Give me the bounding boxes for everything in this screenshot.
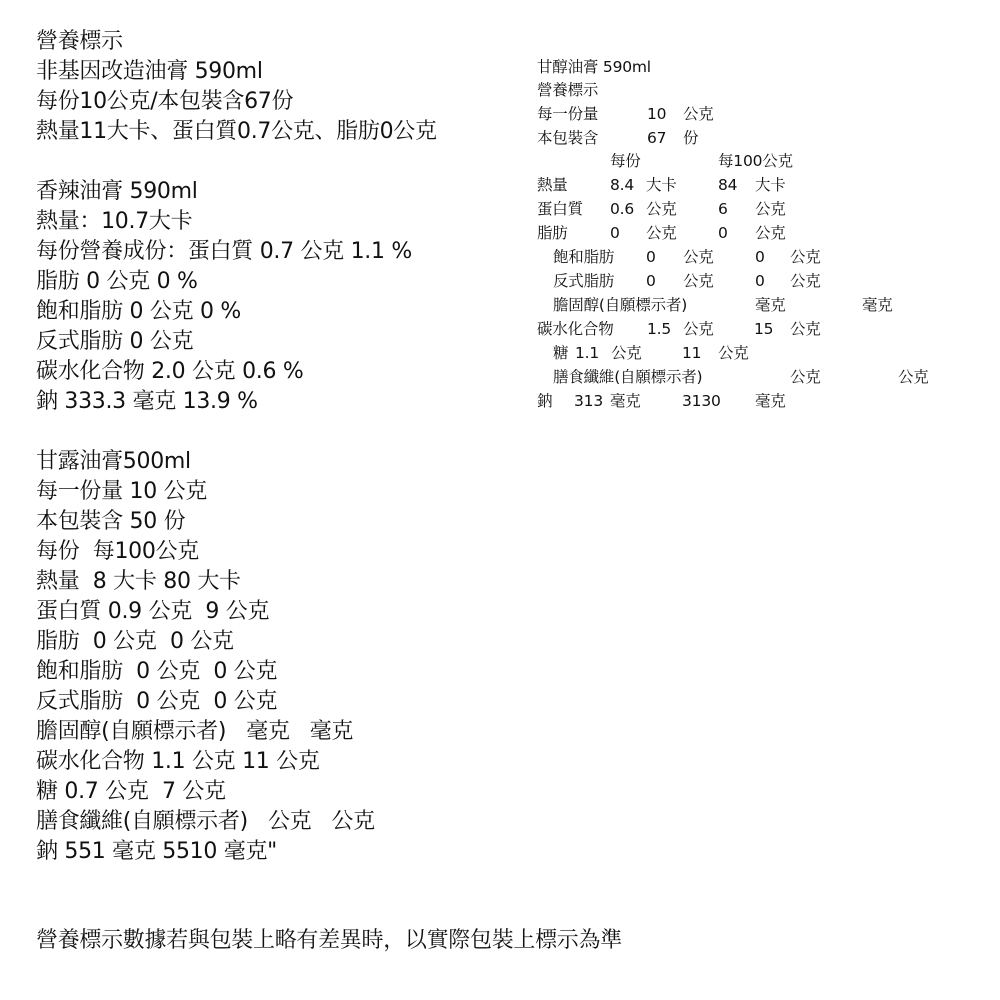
row-label: 反式脂肪 bbox=[553, 270, 614, 294]
nutrition-line: 糖 0.7 公克 7 公克 bbox=[36, 777, 226, 807]
unit-per-100g: 毫克 bbox=[755, 390, 786, 414]
serving-size-label: 每一份量 bbox=[537, 103, 598, 127]
product-name: 香辣油膏 590ml bbox=[36, 177, 198, 207]
value-per-serving: 0 bbox=[610, 222, 620, 246]
value-per-100g: 0 bbox=[718, 222, 728, 246]
row-label: 熱量 bbox=[537, 174, 568, 198]
product-name: 非基因改造油膏 590ml bbox=[36, 57, 263, 87]
nutrition-line: 蛋白質 0.9 公克 9 公克 bbox=[36, 597, 269, 627]
column-header-per-serving: 每份 bbox=[610, 150, 641, 174]
nutrition-line: 每份營養成份：蛋白質 0.7 公克 1.1 % bbox=[36, 237, 412, 267]
nutrition-line: 膽固醇(自願標示者) 毫克 毫克 bbox=[36, 717, 353, 747]
value-per-serving: 0.6 bbox=[610, 198, 634, 222]
servings-per-pack-label: 本包裝含 bbox=[537, 127, 598, 151]
nutrition-line: 脂肪 0 公克 0 % bbox=[36, 267, 198, 297]
nutrition-line: 鈉 333.3 毫克 13.9 % bbox=[36, 387, 258, 417]
nutrition-line: 飽和脂肪 0 公克 0 公克 bbox=[36, 657, 277, 687]
nutrition-line: 鈉 551 毫克 5510 毫克" bbox=[36, 837, 277, 867]
unit-per-serving: 公克 bbox=[646, 222, 677, 246]
unit-per-serving: 公克 bbox=[683, 318, 714, 342]
value-per-100g: 0 bbox=[755, 270, 765, 294]
nutrition-line: 熱量：10.7大卡 bbox=[36, 207, 192, 237]
unit-per-100g: 毫克 bbox=[862, 294, 893, 318]
serving-size-value: 10 bbox=[647, 103, 666, 127]
unit-per-100g: 公克 bbox=[790, 318, 821, 342]
nutrition-line: 脂肪 0 公克 0 公克 bbox=[36, 627, 234, 657]
unit-per-serving: 公克 bbox=[611, 342, 642, 366]
row-label: 膽固醇(自願標示者) bbox=[553, 294, 687, 318]
row-label: 糖 bbox=[553, 342, 568, 366]
nutrition-line: 碳水化合物 1.1 公克 11 公克 bbox=[36, 747, 320, 777]
product-name: 甘露油膏500ml bbox=[36, 447, 191, 477]
serving-size-unit: 公克 bbox=[683, 103, 714, 127]
nutrition-line: 膳食纖維(自願標示者) 公克 公克 bbox=[36, 807, 375, 837]
value-per-serving: 313 bbox=[574, 390, 603, 414]
unit-per-serving: 毫克 bbox=[755, 294, 786, 318]
unit-per-100g: 公克 bbox=[790, 270, 821, 294]
column-header-per-100g: 每100公克 bbox=[718, 150, 793, 174]
unit-per-100g: 大卡 bbox=[755, 174, 786, 198]
value-per-100g: 15 bbox=[754, 318, 773, 342]
unit-per-serving: 毫克 bbox=[610, 390, 641, 414]
value-per-serving: 1.1 bbox=[575, 342, 599, 366]
nutrition-heading: 營養標示 bbox=[537, 79, 598, 103]
servings-per-pack-unit: 份 bbox=[683, 127, 698, 151]
value-per-100g: 84 bbox=[718, 174, 737, 198]
nutrition-line: 本包裝含 50 份 bbox=[36, 507, 185, 537]
nutrition-line: 每份 每100公克 bbox=[36, 537, 199, 567]
row-label: 鈉 bbox=[537, 390, 552, 414]
nutrition-line: 每一份量 10 公克 bbox=[36, 477, 207, 507]
serving-info: 每份10公克/本包裝含67份 bbox=[36, 87, 293, 117]
row-label: 蛋白質 bbox=[537, 198, 583, 222]
servings-per-pack-value: 67 bbox=[647, 127, 666, 151]
disclaimer: 營養標示數據若與包裝上略有差異時，以實際包裝上標示為準 bbox=[36, 926, 622, 956]
nutrition-line: 碳水化合物 2.0 公克 0.6 % bbox=[36, 357, 303, 387]
unit-per-serving: 大卡 bbox=[646, 174, 677, 198]
unit-per-serving: 公克 bbox=[646, 198, 677, 222]
row-label: 碳水化合物 bbox=[537, 318, 614, 342]
value-per-100g: 11 bbox=[682, 342, 701, 366]
nutrition-line: 熱量 8 大卡 80 大卡 bbox=[36, 567, 241, 597]
unit-per-100g: 公克 bbox=[898, 366, 929, 390]
nutrition-line: 反式脂肪 0 公克 bbox=[36, 327, 193, 357]
value-per-100g: 6 bbox=[718, 198, 728, 222]
unit-per-100g: 公克 bbox=[790, 246, 821, 270]
row-label: 膳食纖維(自願標示者) bbox=[553, 366, 702, 390]
nutrition-heading: 營養標示 bbox=[36, 27, 123, 57]
row-label: 脂肪 bbox=[537, 222, 568, 246]
unit-per-100g: 公克 bbox=[755, 222, 786, 246]
unit-per-serving: 公克 bbox=[790, 366, 821, 390]
unit-per-serving: 公克 bbox=[683, 270, 714, 294]
value-per-serving: 0 bbox=[646, 246, 656, 270]
nutrition-line: 反式脂肪 0 公克 0 公克 bbox=[36, 687, 277, 717]
product-name: 甘醇油膏 590ml bbox=[537, 56, 651, 80]
nutrition-summary: 熱量11大卡、蛋白質0.7公克、脂肪0公克 bbox=[36, 117, 437, 147]
row-label: 飽和脂肪 bbox=[553, 246, 614, 270]
nutrition-line: 飽和脂肪 0 公克 0 % bbox=[36, 297, 241, 327]
value-per-serving: 8.4 bbox=[610, 174, 634, 198]
value-per-100g: 3130 bbox=[682, 390, 721, 414]
value-per-serving: 1.5 bbox=[647, 318, 671, 342]
value-per-serving: 0 bbox=[646, 270, 656, 294]
value-per-100g: 0 bbox=[755, 246, 765, 270]
unit-per-serving: 公克 bbox=[683, 246, 714, 270]
unit-per-100g: 公克 bbox=[755, 198, 786, 222]
unit-per-100g: 公克 bbox=[718, 342, 749, 366]
